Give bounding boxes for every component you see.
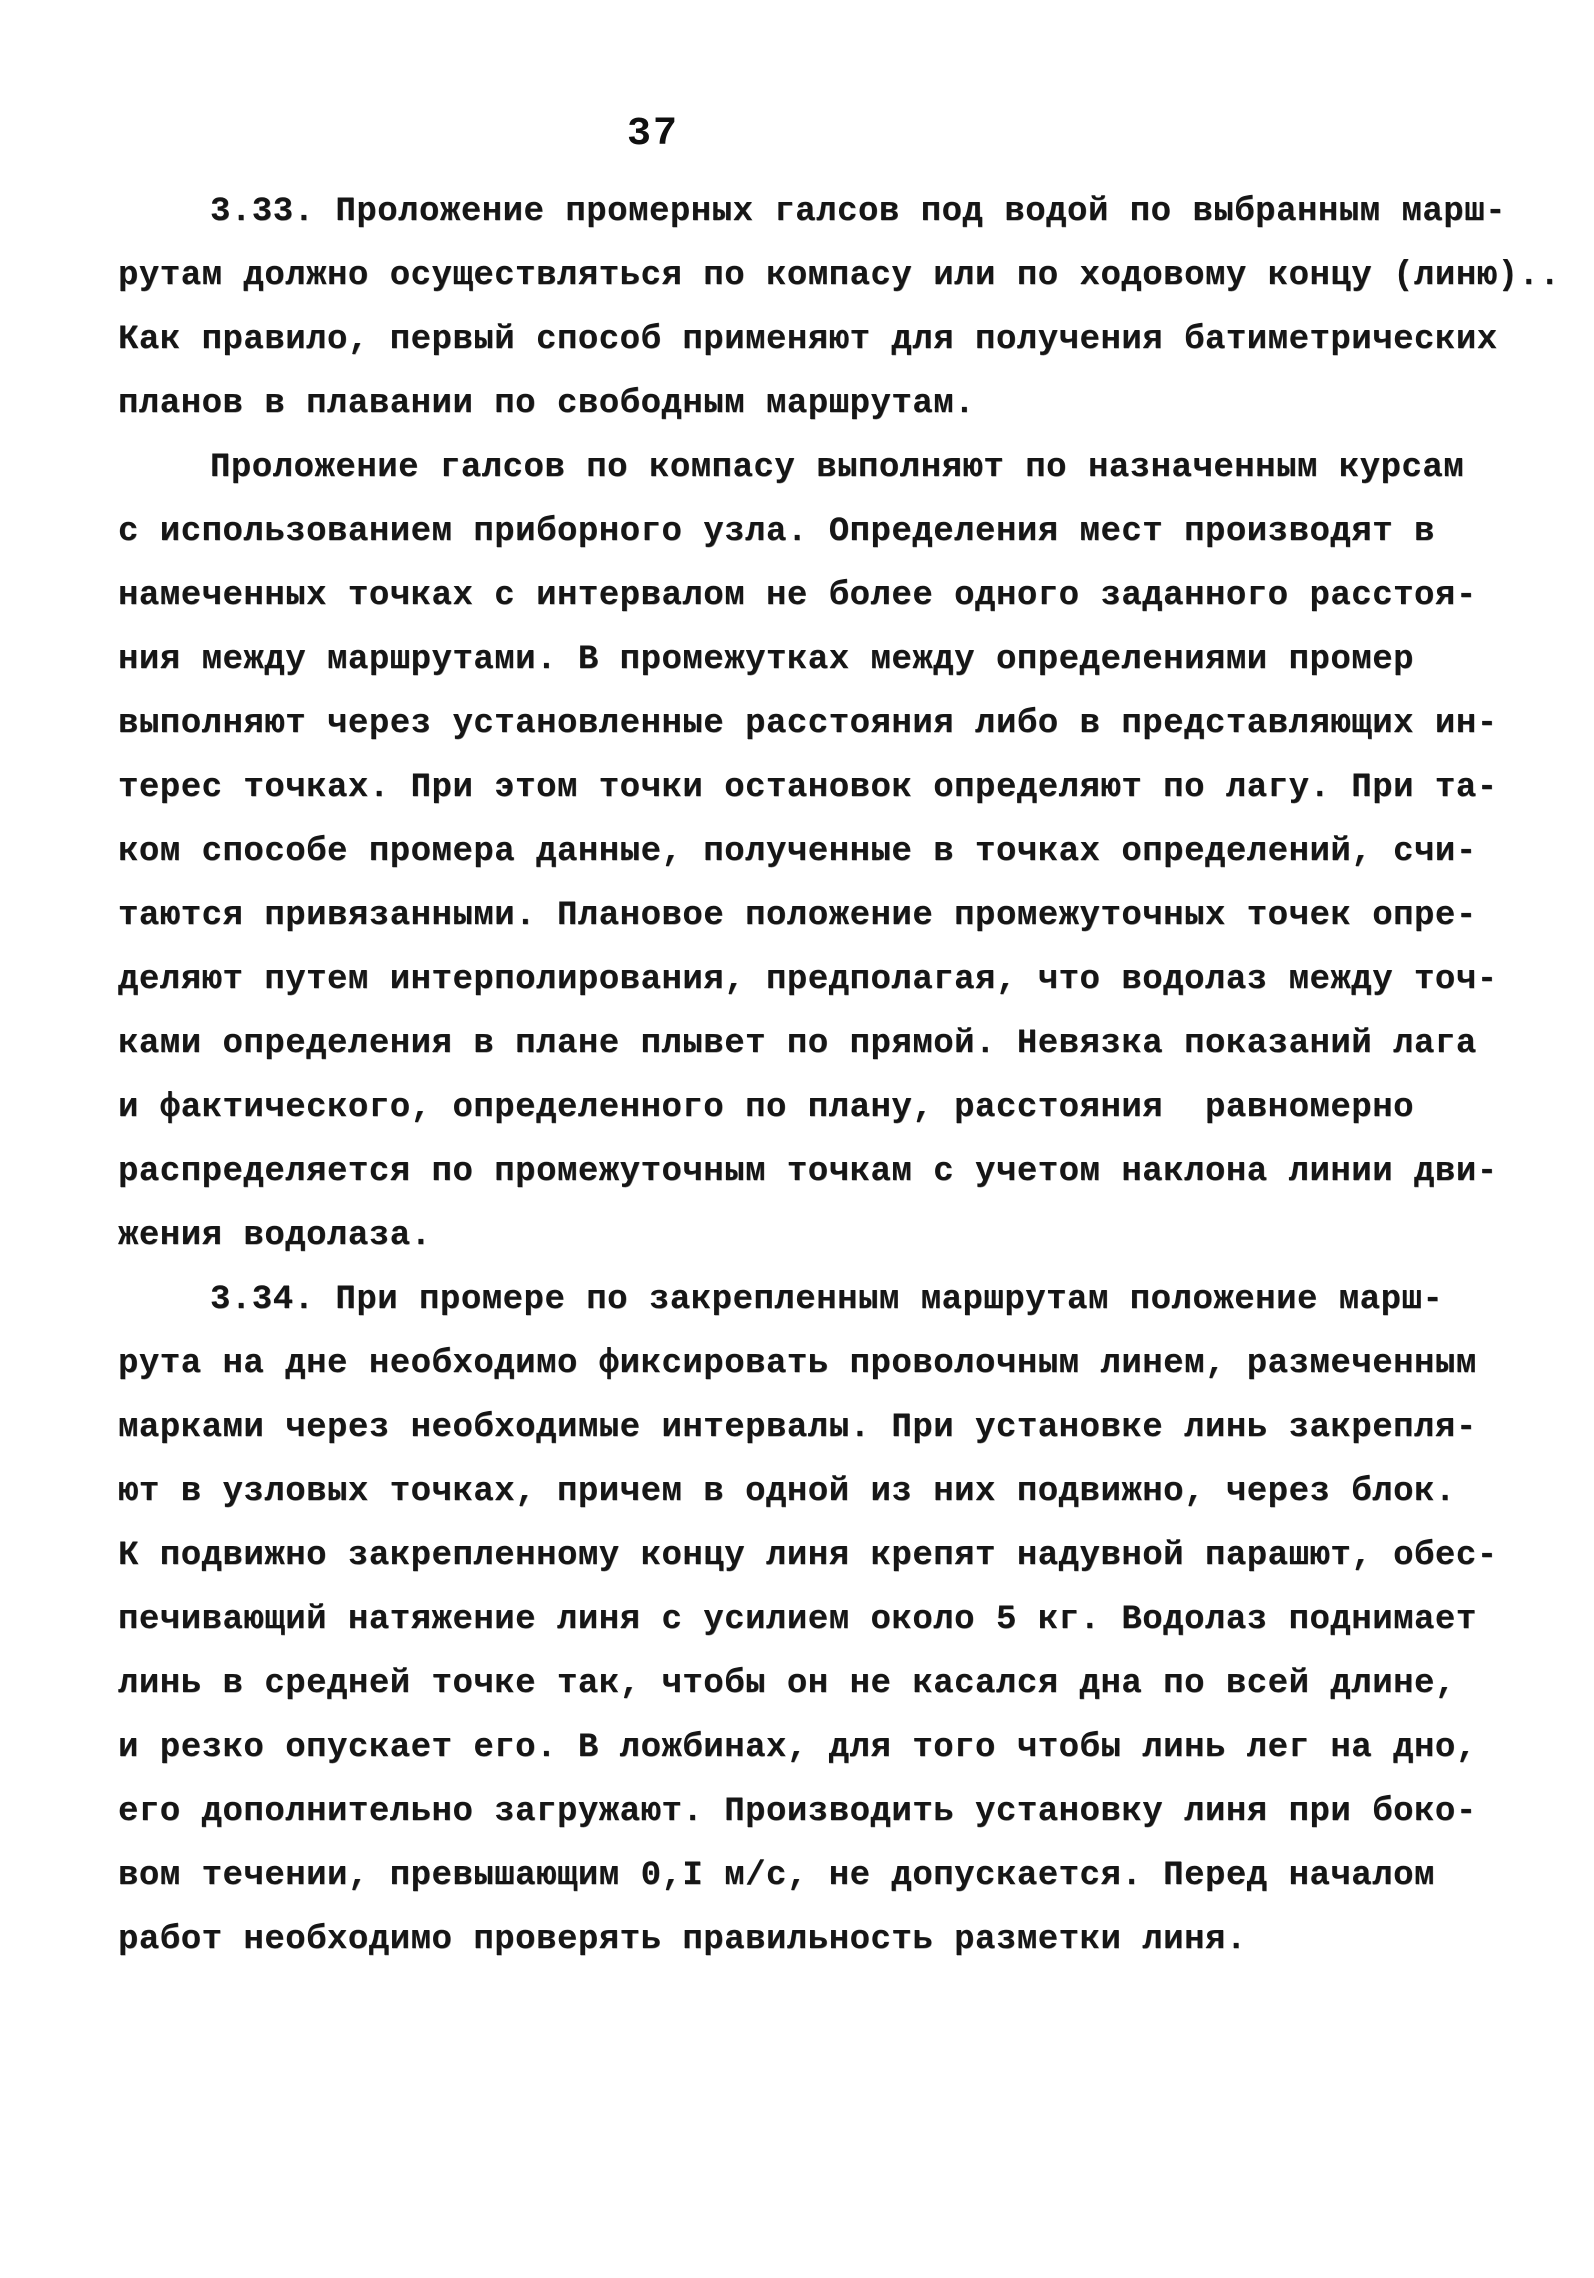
text-line: терес точках. При этом точки остановок о… — [118, 756, 1578, 820]
text-line: вом течении, превышающим 0,I м/с, не доп… — [118, 1844, 1578, 1908]
text-line: Как правило, первый способ применяют для… — [118, 308, 1578, 372]
text-line: К подвижно закрепленному концу линя креп… — [118, 1524, 1578, 1588]
text-line: ют в узловых точках, причем в одной из н… — [118, 1460, 1578, 1524]
text-line: ния между маршрутами. В промежутках межд… — [118, 628, 1578, 692]
text-line: рута на дне необходимо фиксировать прово… — [118, 1332, 1578, 1396]
page-number: 37 — [0, 112, 1306, 157]
scanned-document-page: 37 3.33. Проложение промерных галсов под… — [0, 0, 1594, 2278]
text-line: распределяется по промежуточным точкам с… — [118, 1140, 1578, 1204]
text-line: планов в плавании по свободным маршрутам… — [118, 372, 1578, 436]
text-line: 3.33. Проложение промерных галсов под во… — [118, 180, 1578, 244]
text-line: линь в средней точке так, чтобы он не ка… — [118, 1652, 1578, 1716]
text-line: работ необходимо проверять правильность … — [118, 1908, 1578, 1972]
text-line: рутам должно осуществляться по компасу и… — [118, 244, 1578, 308]
text-line: его дополнительно загружают. Производить… — [118, 1780, 1578, 1844]
text-line: и фактического, определенного по плану, … — [118, 1076, 1578, 1140]
text-line: с использованием приборного узла. Опреде… — [118, 500, 1578, 564]
text-line: жения водолаза. — [118, 1204, 1578, 1268]
text-line: намеченных точках с интервалом не более … — [118, 564, 1578, 628]
text-line: ками определения в плане плывет по прямо… — [118, 1012, 1578, 1076]
text-line: выполняют через установленные расстояния… — [118, 692, 1578, 756]
text-line: 3.34. При промере по закрепленным маршру… — [118, 1268, 1578, 1332]
text-line: деляют путем интерполирования, предполаг… — [118, 948, 1578, 1012]
text-line: марками через необходимые интервалы. При… — [118, 1396, 1578, 1460]
text-line: ком способе промера данные, полученные в… — [118, 820, 1578, 884]
document-text-block: 3.33. Проложение промерных галсов под во… — [118, 180, 1578, 1972]
text-line: Проложение галсов по компасу выполняют п… — [118, 436, 1578, 500]
text-line: печивающий натяжение линя с усилием окол… — [118, 1588, 1578, 1652]
text-line: и резко опускает его. В ложбинах, для то… — [118, 1716, 1578, 1780]
text-line: таются привязанными. Плановое положение … — [118, 884, 1578, 948]
